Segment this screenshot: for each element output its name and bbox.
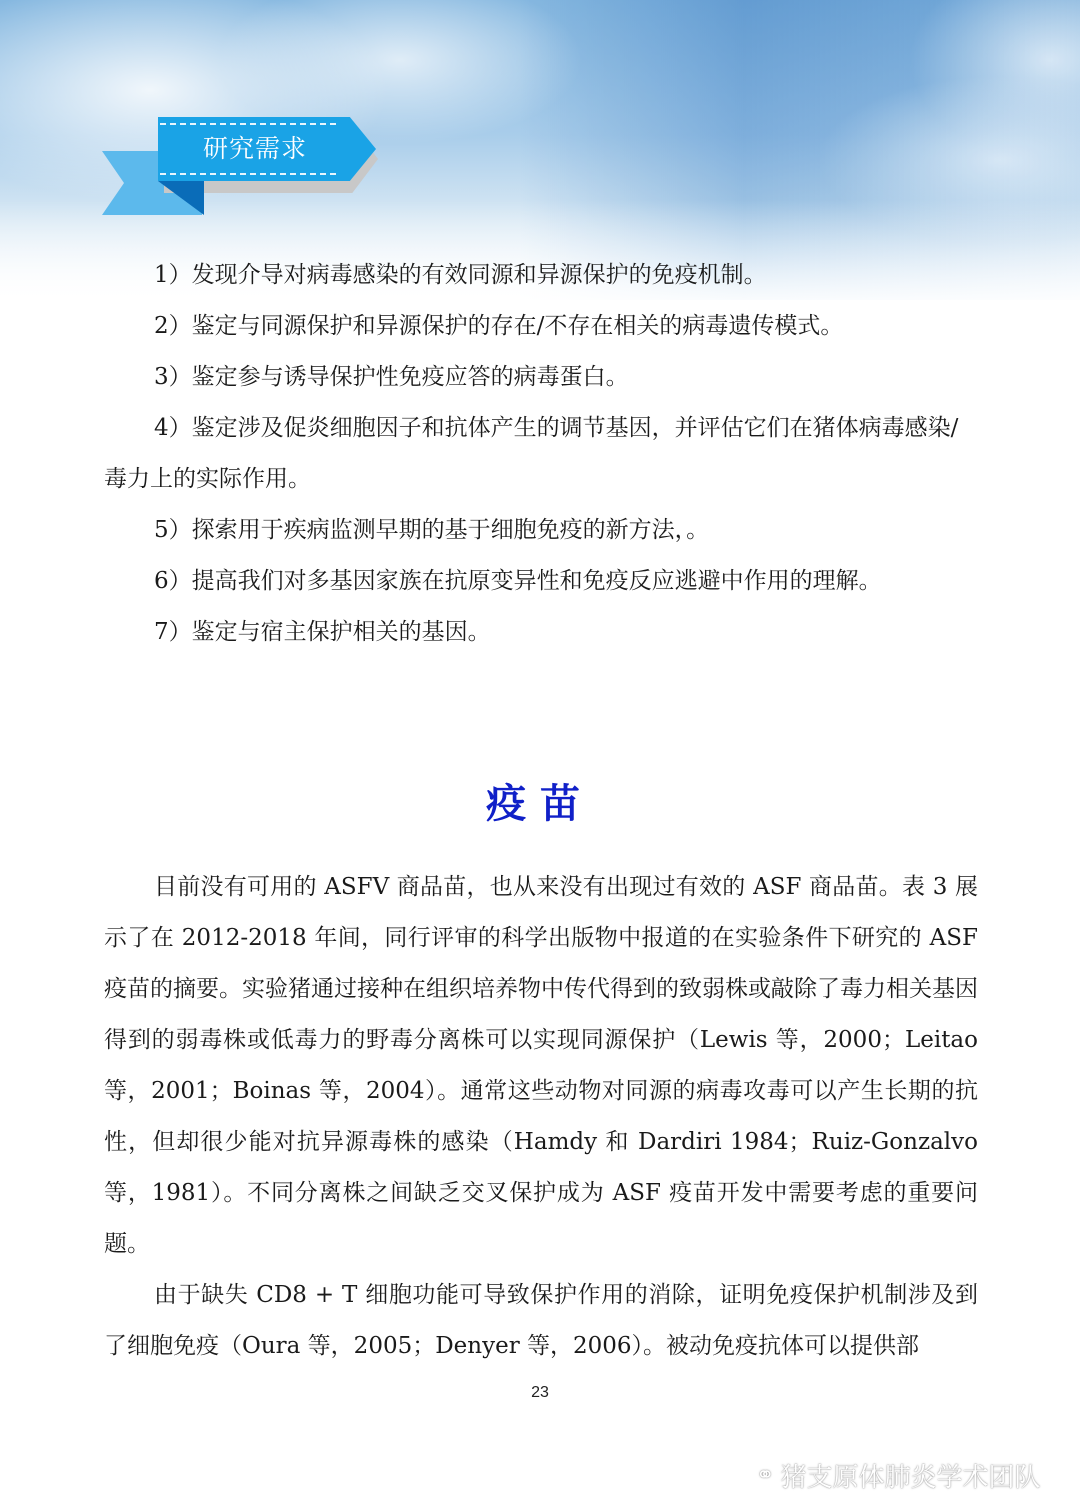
requirement-item: 4）鉴定涉及促炎细胞因子和抗体产生的调节基因，并评估它们在猪体病毒感染/毒力上的… — [104, 403, 978, 505]
requirement-item: 3）鉴定参与诱导保护性免疫应答的病毒蛋白。 — [104, 352, 978, 403]
requirements-list: 1）发现介导对病毒感染的有效同源和异源保护的免疫机制。 2）鉴定与同源保护和异源… — [104, 250, 978, 658]
requirement-item: 1）发现介导对病毒感染的有效同源和异源保护的免疫机制。 — [104, 250, 978, 301]
body-paragraph: 由于缺失 CD8 + T 细胞功能可导致保护作用的消除，证明免疫保护机制涉及到了… — [104, 1270, 978, 1372]
banner-label: 研究需求 — [160, 117, 350, 181]
requirement-item: 5）探索用于疾病监测早期的基于细胞免疫的新方法，。 — [104, 505, 978, 556]
watermark: ⚭ 猪支原体肺炎学术团队 — [756, 1458, 1080, 1492]
body-paragraph: 目前没有可用的 ASFV 商品苗，也从来没有出现过有效的 ASF 商品苗。表 3… — [104, 862, 978, 1270]
requirement-item: 6）提高我们对多基因家族在抗原变异性和免疫反应逃避中作用的理解。 — [104, 556, 978, 607]
requirement-item: 2）鉴定与同源保护和异源保护的存在/不存在相关的病毒遗传模式。 — [104, 301, 978, 352]
section-title: 疫苗 — [0, 772, 1080, 829]
page-number: 23 — [0, 1384, 1080, 1402]
watermark-text: 猪支原体肺炎学术团队 — [780, 1457, 1040, 1492]
wechat-icon: ⚭ — [756, 1463, 774, 1488]
requirement-item: 7）鉴定与宿主保护相关的基因。 — [104, 607, 978, 658]
section-banner: 研究需求 — [102, 117, 382, 215]
